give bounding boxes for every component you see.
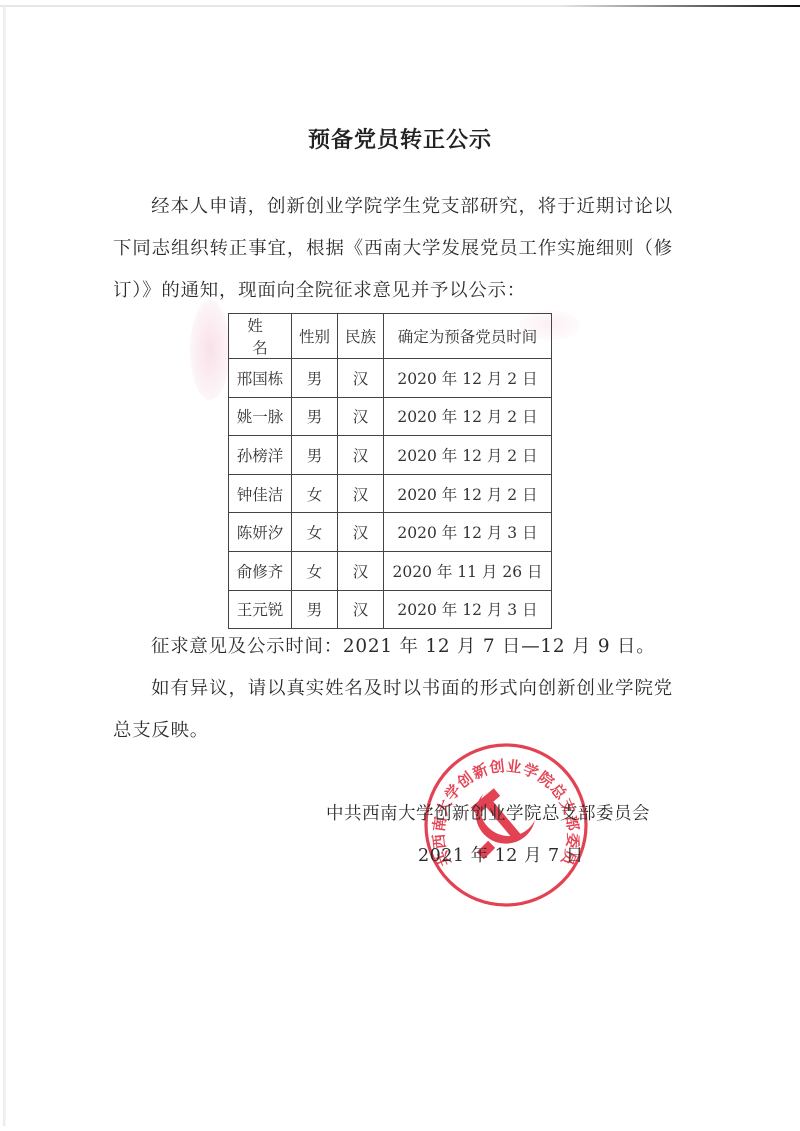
table-row: 邢国栋 男 汉 2020 年 12 月 2 日: [229, 359, 552, 398]
cell-date: 2020 年 11 月 26 日: [384, 551, 552, 590]
cell-date: 2020 年 12 月 3 日: [384, 590, 552, 629]
cell-date: 2020 年 12 月 2 日: [384, 474, 552, 513]
cell-date: 2020 年 12 月 2 日: [384, 436, 552, 475]
header-sex: 性别: [292, 314, 338, 359]
cell-ethnicity: 汉: [338, 397, 384, 436]
scan-edge-left: [3, 6, 6, 1126]
cell-sex: 女: [292, 551, 338, 590]
table-row: 陈妍汐 女 汉 2020 年 12 月 3 日: [229, 513, 552, 552]
cell-name: 邢国栋: [229, 359, 292, 398]
official-seal-icon: 中共西南大学创新创业学院总支部委员会: [423, 742, 589, 908]
scan-edge-top: [0, 5, 800, 7]
objection-paragraph: 如有异议，请以真实姓名及时以书面的形式向创新创业学院党总支反映。: [113, 668, 673, 752]
candidate-table: 姓 名 性别 民族 确定为预备党员时间 邢国栋 男 汉 2020 年 12 月 …: [228, 313, 552, 629]
cell-date: 2020 年 12 月 3 日: [384, 513, 552, 552]
cell-ethnicity: 汉: [338, 359, 384, 398]
cell-ethnicity: 汉: [338, 590, 384, 629]
header-date: 确定为预备党员时间: [384, 314, 552, 359]
cell-ethnicity: 汉: [338, 436, 384, 475]
publicity-period: 征求意见及公示时间：2021 年 12 月 7 日—12 月 9 日。: [113, 626, 673, 668]
header-name: 姓 名: [229, 314, 292, 359]
table-header-row: 姓 名 性别 民族 确定为预备党员时间: [229, 314, 552, 359]
table-row: 俞修齐 女 汉 2020 年 11 月 26 日: [229, 551, 552, 590]
cell-sex: 男: [292, 590, 338, 629]
cell-date: 2020 年 12 月 2 日: [384, 359, 552, 398]
header-ethnicity: 民族: [338, 314, 384, 359]
cell-ethnicity: 汉: [338, 474, 384, 513]
issuing-organization: 中共西南大学创新创业学院总支部委员会: [326, 800, 650, 825]
intro-paragraph: 经本人申请，创新创业学院学生党支部研究，将于近期讨论以下同志组织转正事宜，根据《…: [113, 186, 673, 312]
cell-name: 孙榜洋: [229, 436, 292, 475]
cell-sex: 女: [292, 474, 338, 513]
table-row: 钟佳洁 女 汉 2020 年 12 月 2 日: [229, 474, 552, 513]
cell-sex: 女: [292, 513, 338, 552]
cell-name: 王元锐: [229, 590, 292, 629]
cell-name: 钟佳洁: [229, 474, 292, 513]
publicity-period-text: 征求意见及公示时间：2021 年 12 月 7 日—12 月 9 日。: [151, 636, 655, 657]
cell-sex: 男: [292, 359, 338, 398]
cell-name: 陈妍汐: [229, 513, 292, 552]
table-row: 王元锐 男 汉 2020 年 12 月 3 日: [229, 590, 552, 629]
table-row: 姚一脉 男 汉 2020 年 12 月 2 日: [229, 397, 552, 436]
objection-text: 如有异议，请以真实姓名及时以书面的形式向创新创业学院党总支反映。: [113, 678, 673, 741]
cell-date: 2020 年 12 月 2 日: [384, 397, 552, 436]
table-row: 孙榜洋 男 汉 2020 年 12 月 2 日: [229, 436, 552, 475]
ink-smudge: [190, 300, 230, 400]
cell-sex: 男: [292, 397, 338, 436]
cell-sex: 男: [292, 436, 338, 475]
intro-text: 经本人申请，创新创业学院学生党支部研究，将于近期讨论以下同志组织转正事宜，根据《…: [113, 196, 673, 301]
cell-name: 姚一脉: [229, 397, 292, 436]
document-title: 预备党员转正公示: [0, 123, 800, 154]
issue-date: 2021 年 12 月 7 日: [418, 842, 584, 867]
cell-ethnicity: 汉: [338, 551, 384, 590]
cell-ethnicity: 汉: [338, 513, 384, 552]
cell-name: 俞修齐: [229, 551, 292, 590]
